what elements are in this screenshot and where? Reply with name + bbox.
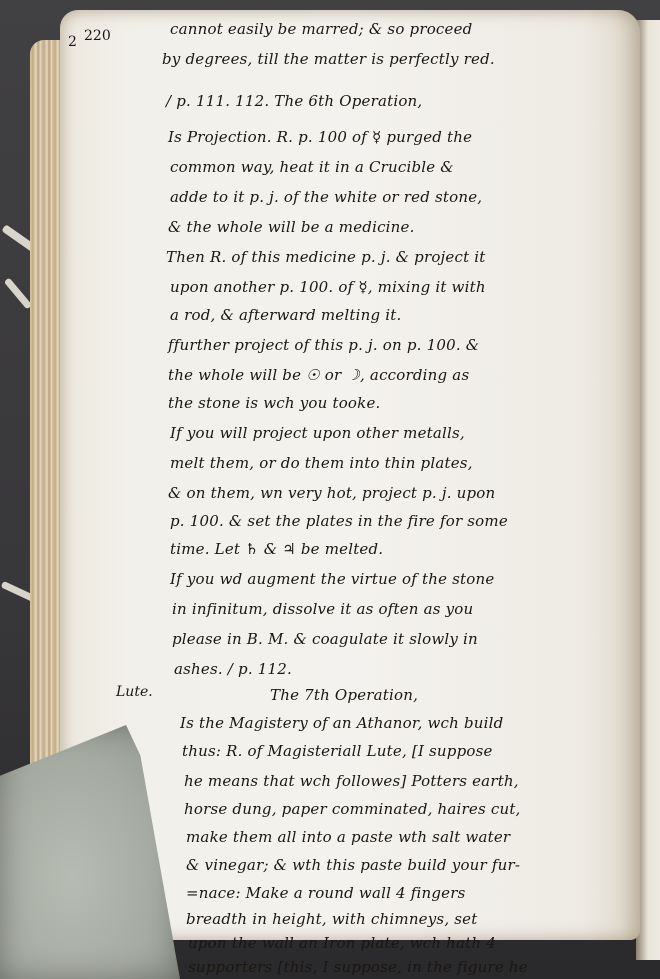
page-number: 220 (84, 28, 111, 44)
text-line: If you wd augment the virtue of the ston… (170, 570, 494, 588)
text-line: in infinitum, dissolve it as often as yo… (172, 600, 473, 618)
text-line: upon another p. 100. of ☿, mixing it wit… (170, 278, 486, 296)
text-line: Is the Magistery of an Athanor, wch buil… (180, 714, 503, 732)
text-line: a rod, & afterward melting it. (170, 306, 401, 324)
margin-mark: 2 (68, 34, 77, 50)
text-line: If you will project upon other metalls, (170, 424, 465, 442)
text-line: the whole will be ☉ or ☽, according as (168, 366, 469, 384)
text-line-heading: / p. 111. 112. The 6th Operation, (166, 92, 422, 110)
text-line: & the whole will be a medicine. (168, 218, 415, 236)
text-line: Is Projection. R. p. 100 of ☿ purged the (168, 128, 472, 146)
text-line: ashes. / p. 112. (174, 660, 292, 678)
text-line: upon the wall an Iron plate, wch hath 4 (188, 934, 496, 952)
text-line: melt them, or do them into thin plates, (170, 454, 473, 472)
text-line: thus: R. of Magisteriall Lute, [I suppos… (182, 742, 493, 760)
text-line: the stone is wch you tooke. (168, 394, 381, 412)
text-line: make them all into a paste wth salt wate… (186, 828, 510, 846)
text-line: by degrees, till the matter is perfectly… (162, 50, 495, 68)
text-line: & on them, wn very hot, project p. j. up… (168, 484, 495, 502)
text-line: & vinegar; & wth this paste build your f… (186, 856, 520, 874)
text-line: supporters [this, I suppose, in the figu… (188, 958, 528, 976)
text-line: horse dung, paper comminated, haires cut… (184, 800, 521, 818)
text-line: ffurther project of this p. j. on p. 100… (168, 336, 479, 354)
text-line: he means that wch followes] Potters eart… (184, 772, 519, 790)
text-line: time. Let ♄ & ♃ be melted. (170, 540, 383, 558)
text-line: please in B. M. & coagulate it slowly in (172, 630, 478, 648)
text-line: adde to it p. j. of the white or red sto… (170, 188, 482, 206)
text-line: =nace: Make a round wall 4 fingers (186, 884, 466, 902)
text-line: p. 100. & set the plates in the fire for… (170, 512, 508, 530)
margin-note-lute: Lute. (116, 684, 153, 700)
text-line-heading: The 7th Operation, (270, 686, 418, 704)
text-line: common way, heat it in a Crucible & (170, 158, 454, 176)
text-line: Then R. of this medicine p. j. & project… (166, 248, 486, 266)
text-line: cannot easily be marred; & so proceed (170, 20, 472, 38)
text-line: breadth in height, with chimneys, set (186, 910, 477, 928)
